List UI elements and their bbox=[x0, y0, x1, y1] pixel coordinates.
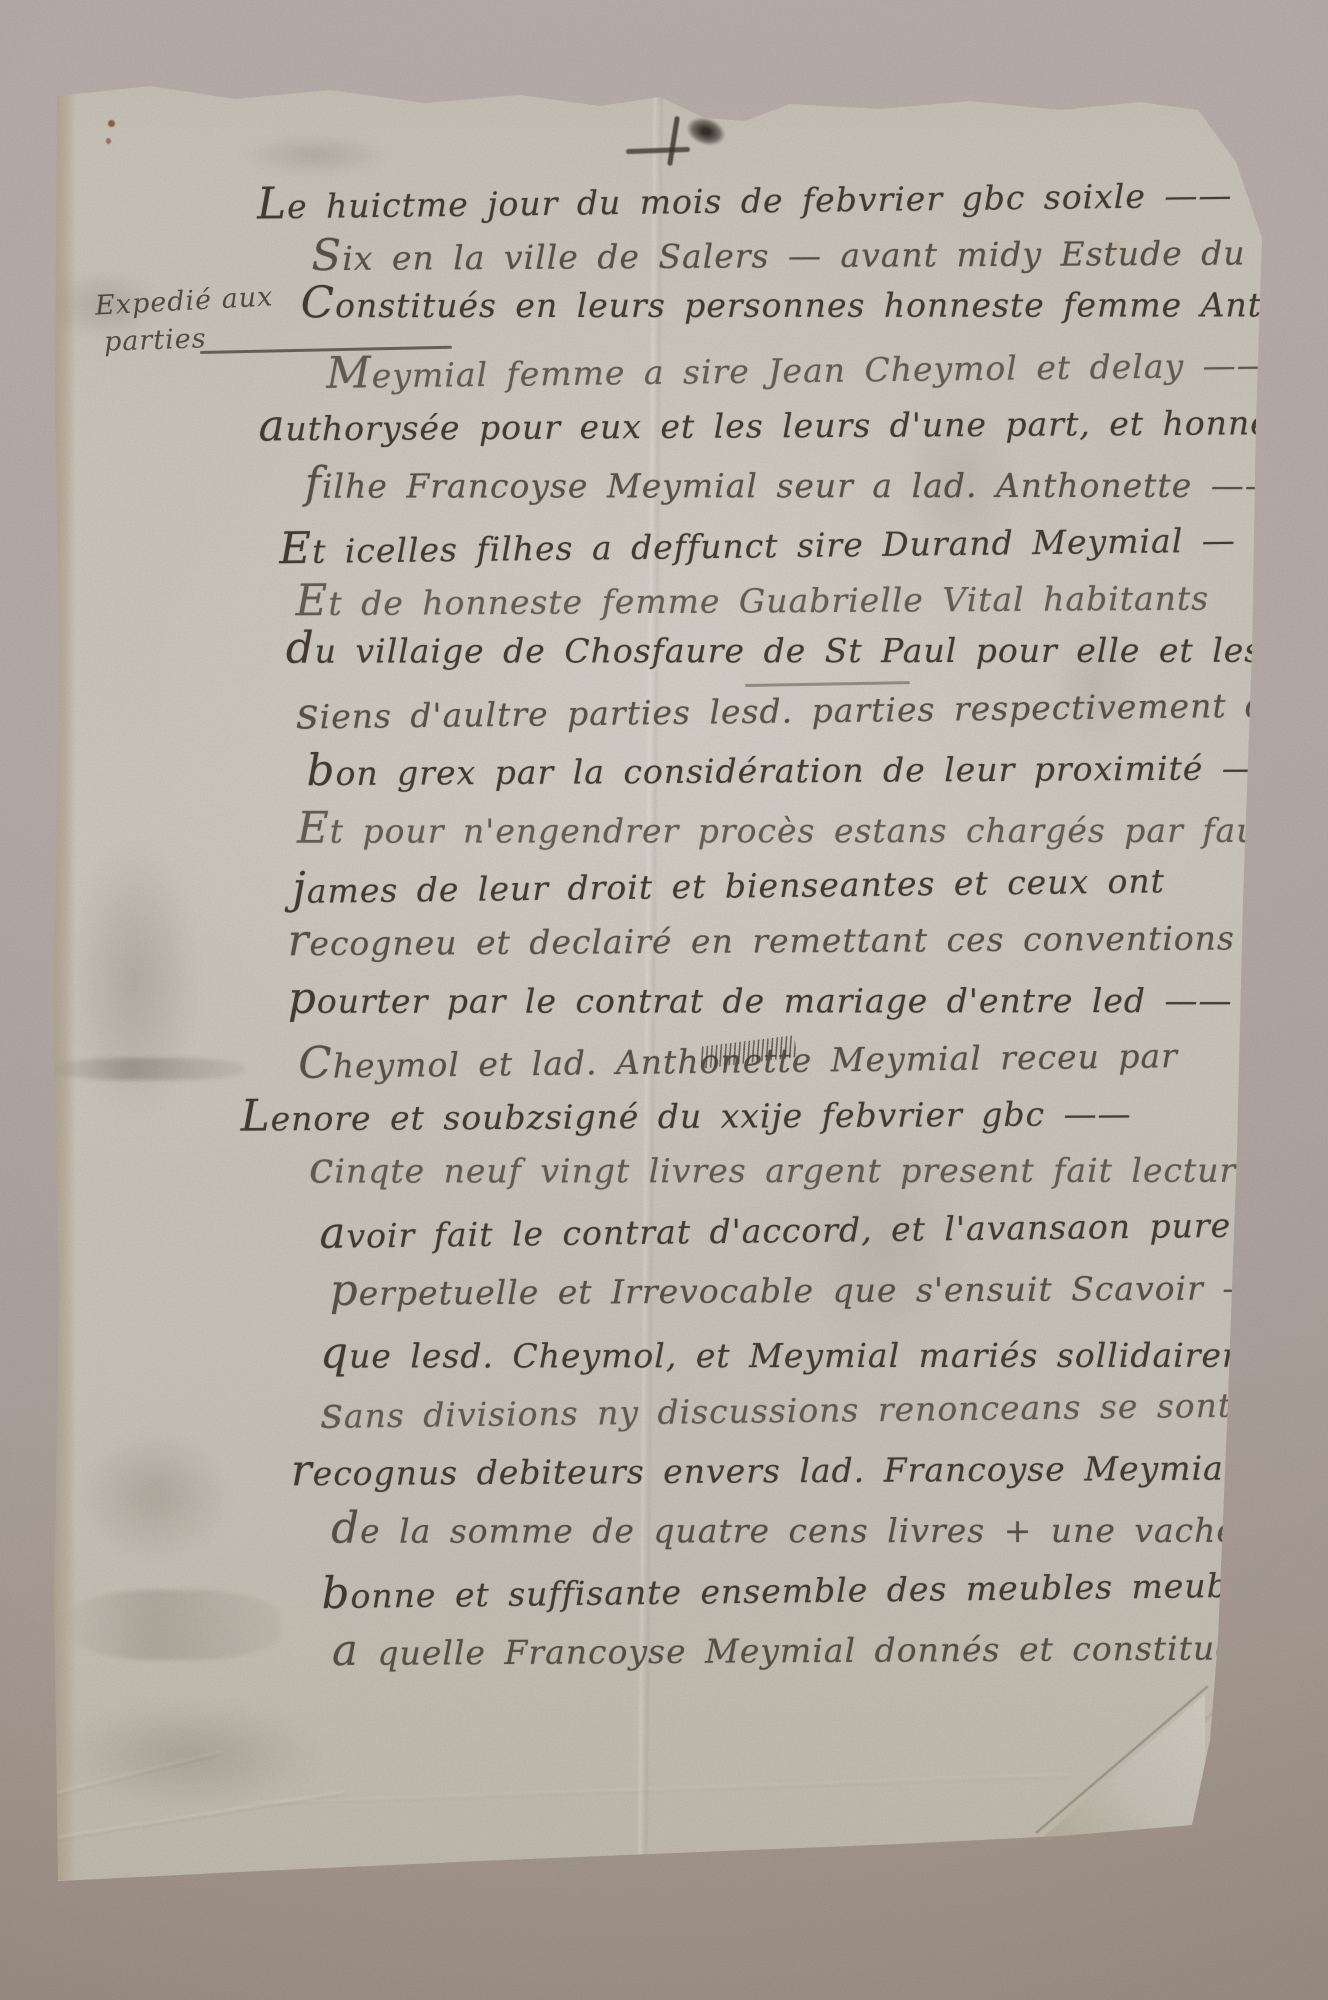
manuscript-line: de la somme de quatre cens livres + une … bbox=[331, 1507, 1237, 1551]
manuscript-line: avoir fait le contrat d'accord, et l'ava… bbox=[319, 1202, 1231, 1257]
manuscript-line: recogneu et declairé en remettant ces co… bbox=[288, 915, 1236, 964]
manuscript-line: recognus debiteurs envers lad. Francoyse… bbox=[291, 1445, 1236, 1494]
manuscript-line: Six en la ville de Salers — avant midy E… bbox=[311, 229, 1328, 279]
manuscript-line: Le huictme jour du mois de febvrier gbc … bbox=[257, 172, 1233, 227]
manuscript-line: Et de honneste femme Guabrielle Vital ha… bbox=[295, 575, 1209, 624]
manuscript-line: Meymial femme a sire Jean Cheymol et del… bbox=[326, 341, 1271, 396]
manuscript-line: du villaige de Chosfaure de St Paul pour… bbox=[286, 627, 1315, 671]
manuscript-line: perpetuelle et Irrevocable que s'ensuit … bbox=[330, 1264, 1257, 1313]
manuscript-line: james de leur droit et bienseantes et ce… bbox=[292, 857, 1165, 911]
manuscript-line: bonne et suffisante ensemble des meubles… bbox=[321, 1561, 1301, 1617]
manuscript-line: authorysée pour eux et les leurs d'une p… bbox=[258, 399, 1323, 449]
manuscript-line: Et pour n'engendrer procès estans chargé… bbox=[297, 807, 1273, 851]
manuscript-line: que lesd. Cheymol, et Meymial mariés sol… bbox=[320, 1332, 1311, 1376]
manuscript-text: Le huictme jour du mois de febvrier gbc … bbox=[0, 0, 1328, 2000]
manuscript-line: Et icelles filhes a deffunct sire Durand… bbox=[279, 517, 1236, 572]
manuscript-line: bon grex par la considération de leur pr… bbox=[306, 744, 1255, 793]
manuscript-line: filhe Francoyse Meymial seur a lad. Anth… bbox=[305, 462, 1279, 506]
manuscript-line: cinqte neuf vingt livres argent present … bbox=[309, 1147, 1309, 1191]
manuscript-line: Constitués en leurs personnes honneste f… bbox=[301, 281, 1328, 326]
manuscript-page: Expedié aux parties Le huictme jour du m… bbox=[0, 0, 1328, 2000]
manuscript-line: Lenore et soubzsigné du xxije febvrier g… bbox=[241, 1090, 1132, 1139]
manuscript-line: sans divisions ny discussions renonceans… bbox=[320, 1382, 1232, 1437]
photograph-of-manuscript: Expedié aux parties Le huictme jour du m… bbox=[0, 0, 1328, 2000]
manuscript-line: a quelle Francoyse Meymial donnés et con… bbox=[332, 1624, 1306, 1674]
manuscript-line: pourter par le contrat de mariage d'entr… bbox=[288, 977, 1233, 1021]
manuscript-line: siens d'aultre parties lesd. parties res… bbox=[296, 680, 1328, 737]
